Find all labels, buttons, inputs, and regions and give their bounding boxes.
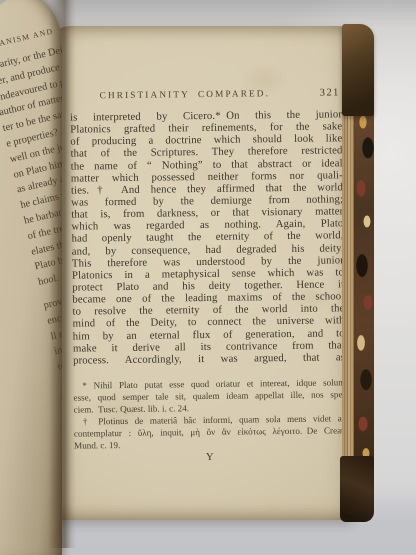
right-page-content: CHRISTIANITY COMPARED. 321 is interprete… <box>53 24 357 522</box>
running-head: CHRISTIANITY COMPARED. 321 <box>70 88 342 105</box>
body-text-line: process. Accordingly, it was argued, tha… <box>73 351 345 366</box>
page-number: 321 <box>320 87 340 98</box>
leather-corner-top <box>342 24 374 116</box>
marbled-board-edge <box>354 100 374 468</box>
left-page-curl: AGANISM ANDrularity, or the Deitter, and… <box>0 0 62 555</box>
book-photo-scene: CHRISTIANITY COMPARED. 321 is interprete… <box>0 0 416 555</box>
running-header-title: CHRISTIANITY COMPARED. <box>70 89 300 102</box>
left-page-text: AGANISM ANDrularity, or the Deitter, and… <box>0 11 62 451</box>
body-text: is interpreted by Cicero.* On this the j… <box>70 108 345 366</box>
footnotes: * Nihil Plato putat esse quod oriatur et… <box>73 376 346 452</box>
signature-mark: Y <box>74 450 346 464</box>
right-page: CHRISTIANITY COMPARED. 321 is interprete… <box>56 26 354 520</box>
leather-corner-bottom <box>340 456 374 522</box>
